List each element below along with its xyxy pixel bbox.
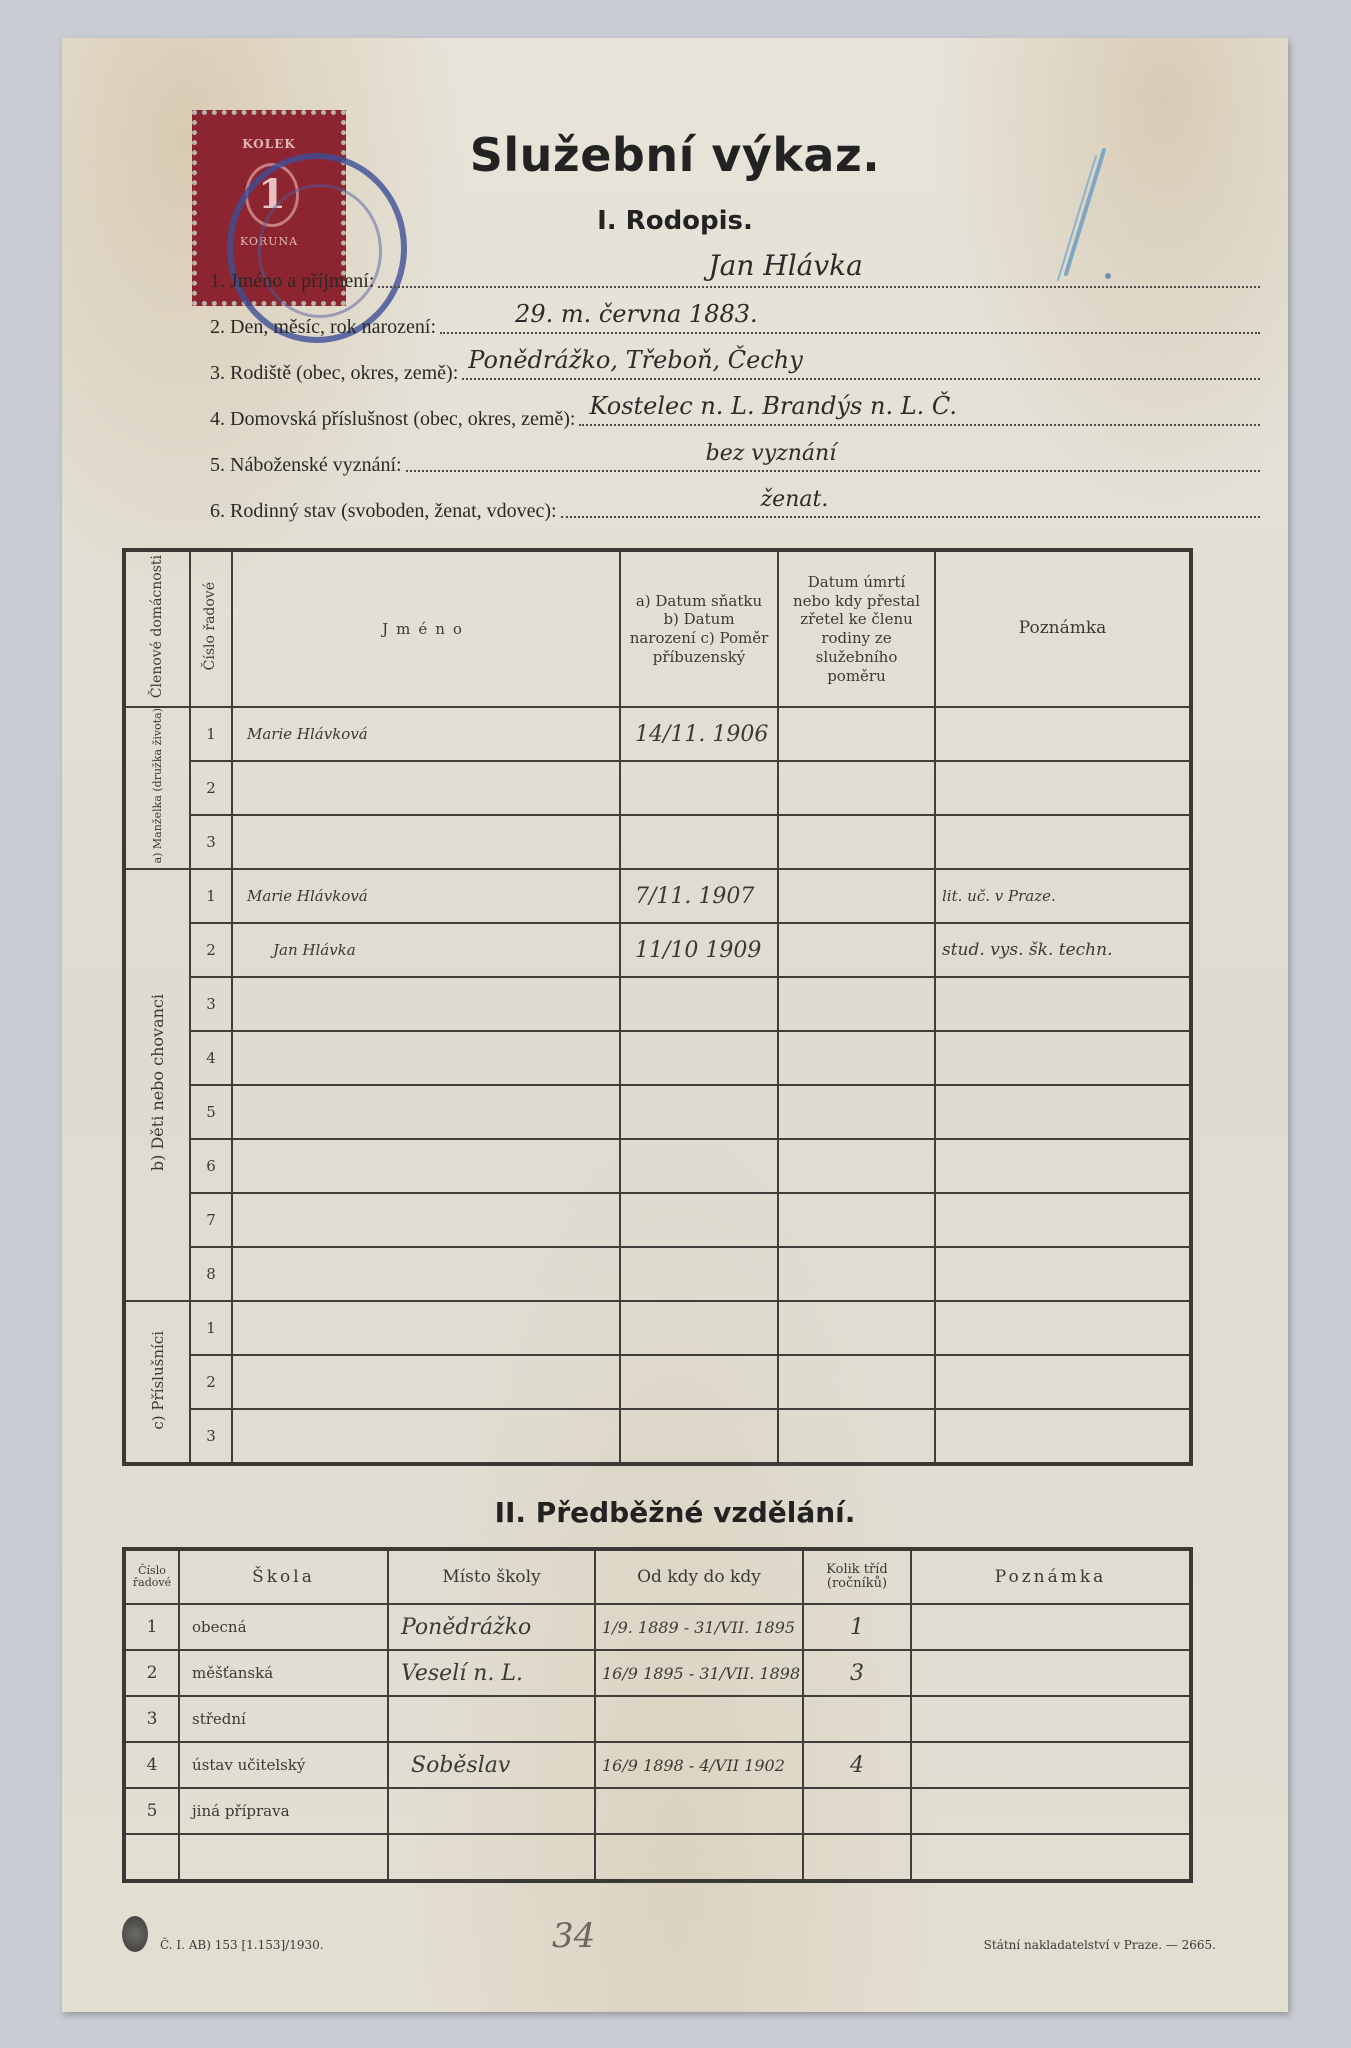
classes-cell[interactable]: 1: [803, 1604, 911, 1650]
table-row: 3 střední: [124, 1696, 1191, 1742]
note-cell[interactable]: [935, 1355, 1191, 1409]
note-cell[interactable]: [935, 707, 1191, 761]
classes-cell[interactable]: 4: [803, 1742, 911, 1788]
school-type: [179, 1834, 388, 1881]
field-value-birthdate: 29. m. června 1883.: [515, 300, 758, 328]
row-number: 4: [124, 1742, 179, 1788]
note-cell[interactable]: [911, 1788, 1191, 1834]
classes-cell[interactable]: [803, 1788, 911, 1834]
note-cell[interactable]: [911, 1742, 1191, 1788]
table-row: 2: [124, 761, 1191, 815]
row-number: 3: [124, 1696, 179, 1742]
field-birthplace: 3. Rodiště (obec, okres, země): Ponědráž…: [210, 362, 1260, 385]
death-cell[interactable]: [778, 1193, 935, 1247]
school-type: obecná: [179, 1604, 388, 1650]
name-cell[interactable]: [232, 1247, 620, 1301]
date-cell[interactable]: [620, 1301, 778, 1355]
date-cell[interactable]: [620, 1139, 778, 1193]
row-number: 7: [190, 1193, 232, 1247]
note-cell[interactable]: [935, 1301, 1191, 1355]
pencil-note: 34: [552, 1916, 595, 1956]
name-cell[interactable]: [232, 761, 620, 815]
note-cell[interactable]: [935, 815, 1191, 869]
table-row: 5: [124, 1085, 1191, 1139]
row-number: 2: [124, 1650, 179, 1696]
row-number: 3: [190, 815, 232, 869]
field-label: 2. Den, měsíc, rok narození:: [210, 316, 440, 339]
row-number: 6: [190, 1139, 232, 1193]
field-value-birthplace: Ponědrážko, Třeboň, Čechy: [468, 346, 803, 374]
field-value-religion: bez vyznání: [706, 441, 837, 466]
death-cell[interactable]: [778, 869, 935, 923]
name-cell[interactable]: [232, 1193, 620, 1247]
note-cell[interactable]: [935, 1031, 1191, 1085]
publisher-imprint: Státní nakladatelství v Praze. — 2665.: [984, 1938, 1216, 1952]
row-number: 5: [124, 1788, 179, 1834]
document-sheet: KOLEK 1 KORUNA Služební výkaz. I. Rodopi…: [62, 38, 1288, 2012]
table-row: 2 Jan Hlávka 11/10 1909 stud. vys. šk. t…: [124, 923, 1191, 977]
table-row: 4: [124, 1031, 1191, 1085]
table-row: 2: [124, 1355, 1191, 1409]
note-cell[interactable]: [911, 1834, 1191, 1881]
place-cell[interactable]: [388, 1834, 595, 1881]
note-cell[interactable]: [935, 1085, 1191, 1139]
note-cell[interactable]: lit. uč. v Praze.: [935, 869, 1191, 923]
section-2-title: II. Předběžné vzdělání.: [62, 1496, 1288, 1529]
field-value-marital-status: ženat.: [761, 487, 829, 512]
state-emblem-icon: [122, 1916, 148, 1952]
note-cell[interactable]: [911, 1650, 1191, 1696]
name-cell[interactable]: Marie Hlávková: [232, 707, 620, 761]
header-row-number: Číslo řadové: [124, 1549, 179, 1604]
form-code: Č. I. AB) 153 [1.153]/1930.: [160, 1938, 324, 1952]
field-marital-status: 6. Rodinný stav (svoboden, ženat, vdovec…: [210, 500, 1260, 523]
place-cell[interactable]: [388, 1696, 595, 1742]
table-row: 4 ústav učitelský Soběslav 16/9 1898 - 4…: [124, 1742, 1191, 1788]
group-label-spouse: a) Manželka (družka života): [124, 707, 190, 869]
date-cell[interactable]: [620, 1247, 778, 1301]
note-cell[interactable]: [935, 1247, 1191, 1301]
header-note: Poznámka: [935, 550, 1191, 707]
table-header-row: Členové domácnosti Číslo řadové Jméno a)…: [124, 550, 1191, 707]
row-number: 4: [190, 1031, 232, 1085]
classes-cell[interactable]: 3: [803, 1650, 911, 1696]
table-row: b) Děti nebo chovanci 1 Marie Hlávková 7…: [124, 869, 1191, 923]
note-cell[interactable]: [911, 1696, 1191, 1742]
header-household-members: Členové domácnosti: [124, 550, 190, 707]
table-row: 7: [124, 1193, 1191, 1247]
header-name: Jméno: [232, 550, 620, 707]
name-cell[interactable]: [232, 1409, 620, 1464]
field-domicile: 4. Domovská příslušnost (obec, okres, ze…: [210, 408, 1260, 431]
death-cell[interactable]: [778, 923, 935, 977]
header-period: Od kdy do kdy: [595, 1549, 803, 1604]
death-cell[interactable]: [778, 707, 935, 761]
period-cell[interactable]: 16/9 1895 - 31/VII. 1898: [595, 1650, 803, 1696]
place-cell[interactable]: Soběslav: [388, 1742, 595, 1788]
table-row: 3: [124, 977, 1191, 1031]
table-row: [124, 1834, 1191, 1881]
death-cell[interactable]: [778, 1139, 935, 1193]
field-value-name: Jan Hlávka: [708, 249, 862, 282]
table-row: 6: [124, 1139, 1191, 1193]
row-number: 1: [124, 1604, 179, 1650]
field-label: 6. Rodinný stav (svoboden, ženat, vdovec…: [210, 500, 561, 523]
group-label-children: b) Děti nebo chovanci: [124, 869, 190, 1301]
header-dates: a) Datum sňatku b) Datum narození c) Pom…: [620, 550, 778, 707]
header-death-date: Datum úmrtí nebo kdy přestal zřetel ke č…: [778, 550, 935, 707]
date-cell[interactable]: [620, 1085, 778, 1139]
education-table: Číslo řadové Škola Místo školy Od kdy do…: [122, 1547, 1193, 1883]
period-cell[interactable]: [595, 1788, 803, 1834]
household-members-table: Členové domácnosti Číslo řadové Jméno a)…: [122, 548, 1193, 1466]
row-number: 8: [190, 1247, 232, 1301]
school-type: měšťanská: [179, 1650, 388, 1696]
death-cell[interactable]: [778, 1247, 935, 1301]
row-number: [124, 1834, 179, 1881]
school-type: střední: [179, 1696, 388, 1742]
death-cell[interactable]: [778, 1301, 935, 1355]
note-cell[interactable]: [935, 1409, 1191, 1464]
row-number: 2: [190, 923, 232, 977]
row-number: 1: [190, 869, 232, 923]
name-cell[interactable]: [232, 1139, 620, 1193]
period-cell[interactable]: [595, 1696, 803, 1742]
date-cell[interactable]: 14/11. 1906: [620, 707, 778, 761]
field-birthdate: 2. Den, měsíc, rok narození: 29. m. červ…: [210, 316, 1260, 339]
name-cell[interactable]: [232, 1301, 620, 1355]
classes-cell[interactable]: [803, 1696, 911, 1742]
school-type: jiná příprava: [179, 1788, 388, 1834]
table-header-row: Číslo řadové Škola Místo školy Od kdy do…: [124, 1549, 1191, 1604]
group-label-dependents: c) Příslušníci: [124, 1301, 190, 1464]
row-number: 1: [190, 1301, 232, 1355]
table-row: 3: [124, 1409, 1191, 1464]
header-school: Škola: [179, 1549, 388, 1604]
date-cell[interactable]: [620, 1031, 778, 1085]
table-row: 3: [124, 815, 1191, 869]
field-label: 4. Domovská příslušnost (obec, okres, ze…: [210, 408, 579, 431]
death-cell[interactable]: [778, 815, 935, 869]
name-cell[interactable]: [232, 1031, 620, 1085]
field-label: 3. Rodiště (obec, okres, země):: [210, 362, 462, 385]
death-cell[interactable]: [778, 1409, 935, 1464]
date-cell[interactable]: [620, 815, 778, 869]
table-row: c) Příslušníci 1: [124, 1301, 1191, 1355]
name-cell[interactable]: [232, 1355, 620, 1409]
school-type: ústav učitelský: [179, 1742, 388, 1788]
date-cell[interactable]: 11/10 1909: [620, 923, 778, 977]
date-cell[interactable]: [620, 977, 778, 1031]
period-cell[interactable]: 16/9 1898 - 4/VII 1902: [595, 1742, 803, 1788]
death-cell[interactable]: [778, 977, 935, 1031]
date-cell[interactable]: [620, 761, 778, 815]
row-number: 5: [190, 1085, 232, 1139]
death-cell[interactable]: [778, 761, 935, 815]
row-number: 1: [190, 707, 232, 761]
header-row-number: Číslo řadové: [190, 550, 232, 707]
note-cell[interactable]: [911, 1604, 1191, 1650]
name-cell[interactable]: Jan Hlávka: [232, 923, 620, 977]
date-cell[interactable]: 7/11. 1907: [620, 869, 778, 923]
note-cell[interactable]: [935, 977, 1191, 1031]
row-number: 2: [190, 1355, 232, 1409]
section-1-title: I. Rodopis.: [62, 206, 1288, 236]
classes-cell[interactable]: [803, 1834, 911, 1881]
name-cell[interactable]: [232, 815, 620, 869]
date-cell[interactable]: [620, 1409, 778, 1464]
document-title: Služební výkaz.: [62, 128, 1288, 182]
field-label: 5. Náboženské vyznání:: [210, 454, 406, 477]
death-cell[interactable]: [778, 1031, 935, 1085]
header-school-place: Místo školy: [388, 1549, 595, 1604]
date-cell[interactable]: [620, 1355, 778, 1409]
note-cell[interactable]: [935, 1193, 1191, 1247]
name-cell[interactable]: [232, 977, 620, 1031]
field-value-domicile: Kostelec n. L. Brandýs n. L. Č.: [589, 392, 957, 420]
period-cell[interactable]: [595, 1834, 803, 1881]
row-number: 3: [190, 977, 232, 1031]
table-row: 2 měšťanská Veselí n. L. 16/9 1895 - 31/…: [124, 1650, 1191, 1696]
death-cell[interactable]: [778, 1085, 935, 1139]
period-cell[interactable]: 1/9. 1889 - 31/VII. 1895: [595, 1604, 803, 1650]
note-cell[interactable]: [935, 761, 1191, 815]
field-religion: 5. Náboženské vyznání: bez vyznání: [210, 454, 1260, 477]
place-cell[interactable]: Ponědrážko: [388, 1604, 595, 1650]
place-cell[interactable]: Veselí n. L.: [388, 1650, 595, 1696]
note-cell[interactable]: [935, 1139, 1191, 1193]
header-classes: Kolik tříd (ročníků): [803, 1549, 911, 1604]
name-cell[interactable]: Marie Hlávková: [232, 869, 620, 923]
field-label: 1. Jméno a příjmení:: [210, 270, 378, 293]
name-cell[interactable]: [232, 1085, 620, 1139]
place-cell[interactable]: [388, 1788, 595, 1834]
table-row: 8: [124, 1247, 1191, 1301]
row-number: 3: [190, 1409, 232, 1464]
row-number: 2: [190, 761, 232, 815]
table-row: a) Manželka (družka života) 1 Marie Hláv…: [124, 707, 1191, 761]
date-cell[interactable]: [620, 1193, 778, 1247]
field-name: 1. Jméno a příjmení: Jan Hlávka: [210, 270, 1260, 293]
note-cell[interactable]: stud. vys. šk. techn.: [935, 923, 1191, 977]
header-note: Poznámka: [911, 1549, 1191, 1604]
death-cell[interactable]: [778, 1355, 935, 1409]
table-row: 1 obecná Ponědrážko 1/9. 1889 - 31/VII. …: [124, 1604, 1191, 1650]
table-row: 5 jiná příprava: [124, 1788, 1191, 1834]
